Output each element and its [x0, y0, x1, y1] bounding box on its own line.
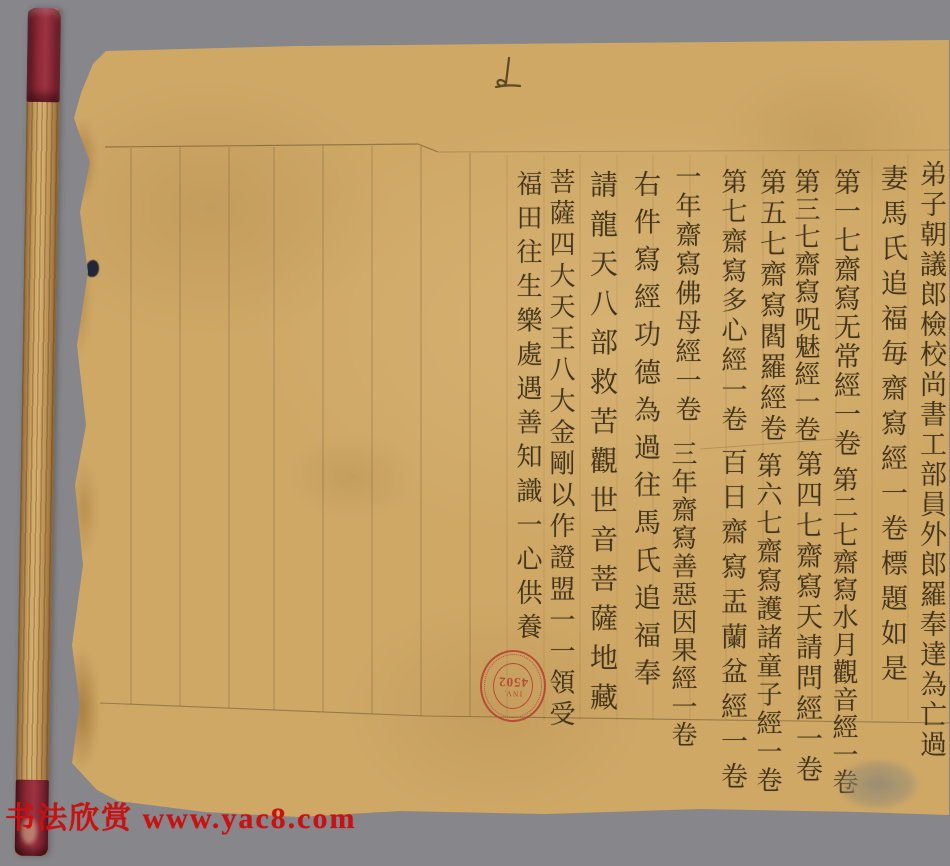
scroll-roller [15, 8, 61, 856]
ink-blot [86, 260, 99, 277]
manuscript-column-3: 第一七齋寫无常經一卷 [825, 168, 864, 460]
photo-stage: 弟子朝議郎檢校尚書工部員外郎羅奉達為亡過妻馬氏追福毎齋寫經一卷標題如是第一七齋寫… [0, 0, 950, 866]
paper-stain [826, 748, 930, 814]
manuscript-column-8: 第六七齋寫護諸童子經一卷 [749, 452, 786, 796]
manuscript-column-6: 第四七齋寫天請問經一卷 [787, 450, 826, 786]
manuscript-column-13: 右件寫經功德為過往馬氏追福奉 [625, 170, 664, 698]
manuscript-column-4: 第二七齋寫水月觀音經一卷 [825, 466, 862, 796]
manuscript-column-10: 百日齋寫盂蘭盆經一卷 [712, 448, 751, 798]
manuscript-column-1: 弟子朝議郎檢校尚書工部員外郎羅奉達為亡過 [911, 160, 950, 794]
manuscript-column-9: 第七齋寫多心經一卷 [714, 168, 751, 436]
manuscript-column-16: 福田往生樂處遇善知識一心供養 [509, 170, 546, 648]
manuscript-column-14: 請龍天八部救苦觀世音菩薩地藏 [582, 170, 622, 722]
manuscript-column-5: 第三七齋寫呪魅經一卷 [787, 168, 824, 444]
manuscript-column-15: 菩薩四大天王八大金剛以作證盟一一領受 [542, 168, 579, 732]
manuscript-column-7: 第五七齋寫閻羅經卷 [751, 168, 790, 446]
library-seal: INV. 4502 [479, 649, 547, 723]
manuscript-column-2: 妻馬氏追福毎齋寫經一卷標題如是 [872, 164, 911, 656]
manuscript-paper: 弟子朝議郎檢校尚書工部員外郎羅奉達為亡過妻馬氏追福毎齋寫經一卷標題如是第一七齋寫… [0, 0, 950, 866]
manuscript-column-12: 三年齋寫善惡因果經一卷 [664, 440, 701, 750]
collation-ink-mark [492, 54, 524, 96]
watermark-text: 书法欣赏 www.yac8.com [5, 793, 356, 837]
edge-stains [68, 120, 114, 790]
roller-top-cap [27, 8, 61, 103]
manuscript-column-11: 一年齋寫佛母經一卷 [668, 163, 705, 425]
seal-number: 4502 [498, 674, 528, 689]
